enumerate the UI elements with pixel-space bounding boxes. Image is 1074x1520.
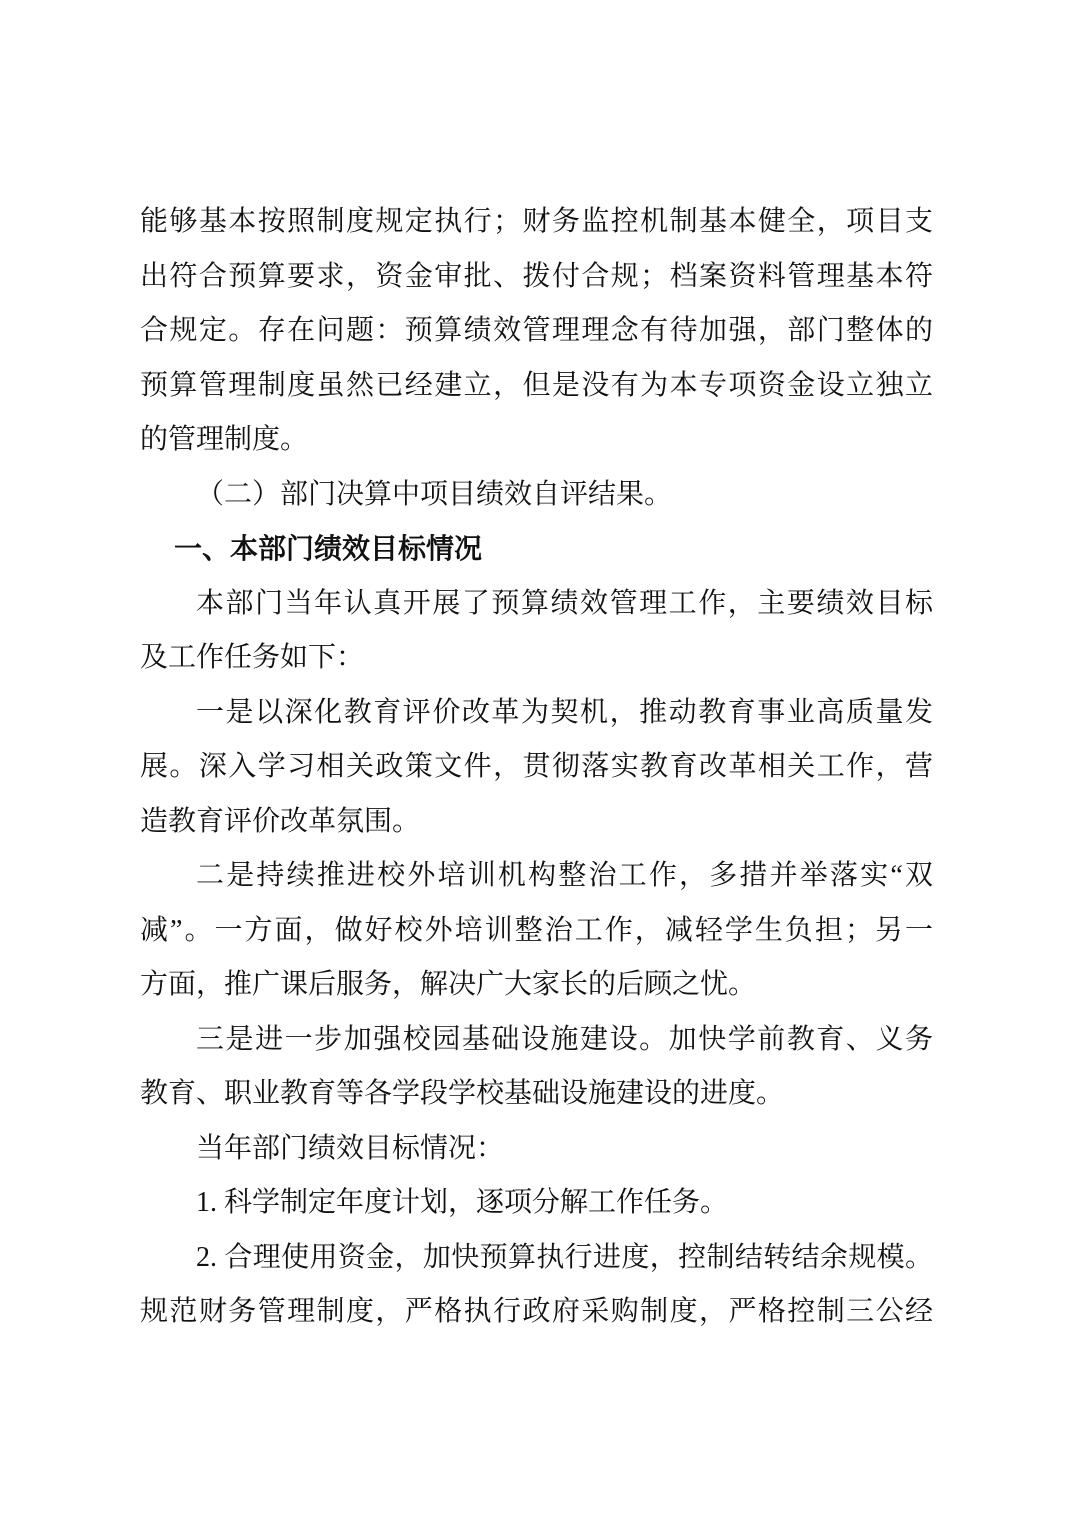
- text-line: 的管理制度。: [140, 413, 933, 468]
- text-line: 1. 科学制定年度计划，逐项分解工作任务。: [140, 1176, 933, 1231]
- paragraph: 本部门当年认真开展了预算绩效管理工作，主要绩效目标及工作任务如下：: [140, 577, 933, 686]
- text-line: 2. 合理使用资金，加快预算执行进度，控制结转结余规模。: [140, 1231, 933, 1286]
- paragraph: 二是持续推进校外培训机构整治工作，多措并举落实“双减”。一方面，做好校外培训整治…: [140, 849, 933, 1013]
- text-line: 本部门当年认真开展了预算绩效管理工作，主要绩效目标: [140, 577, 933, 632]
- text-line: 减”。一方面，做好校外培训整治工作，减轻学生负担；另一: [140, 904, 933, 959]
- text-line: 当年部门绩效目标情况：: [140, 1122, 933, 1177]
- text-line: 展。深入学习相关政策文件，贯彻落实教育改革相关工作，营: [140, 740, 933, 795]
- paragraph: 能够基本按照制度规定执行；财务监控机制基本健全，项目支出符合预算要求，资金审批、…: [140, 195, 933, 468]
- text-line: 能够基本按照制度规定执行；财务监控机制基本健全，项目支: [140, 195, 933, 250]
- paragraph: 2. 合理使用资金，加快预算执行进度，控制结转结余规模。规范财务管理制度，严格执…: [140, 1231, 933, 1340]
- text-line: 造教育评价改革氛围。: [140, 795, 933, 850]
- text-line: 规范财务管理制度，严格执行政府采购制度，严格控制三公经: [140, 1285, 933, 1340]
- paragraph: 当年部门绩效目标情况：: [140, 1122, 933, 1177]
- text-line: 预算管理制度虽然已经建立，但是没有为本专项资金设立独立: [140, 359, 933, 414]
- section-heading: 一、本部门绩效目标情况: [140, 522, 933, 577]
- text-line: 出符合预算要求，资金审批、拨付合规；档案资料管理基本符: [140, 250, 933, 305]
- text-line: （二）部门决算中项目绩效自评结果。: [140, 468, 933, 523]
- text-line: 一是以深化教育评价改革为契机，推动教育事业高质量发: [140, 686, 933, 741]
- text-line: 及工作任务如下：: [140, 631, 933, 686]
- paragraph: 三是进一步加强校园基础设施建设。加快学前教育、义务教育、职业教育等各学段学校基础…: [140, 1013, 933, 1122]
- text-line: 方面，推广课后服务，解决广大家长的后顾之忧。: [140, 958, 933, 1013]
- document-page: 能够基本按照制度规定执行；财务监控机制基本健全，项目支出符合预算要求，资金审批、…: [0, 0, 1074, 1520]
- text-line: 三是进一步加强校园基础设施建设。加快学前教育、义务: [140, 1013, 933, 1068]
- document-text-block: 能够基本按照制度规定执行；财务监控机制基本健全，项目支出符合预算要求，资金审批、…: [140, 195, 933, 1340]
- text-line: 教育、职业教育等各学段学校基础设施建设的进度。: [140, 1067, 933, 1122]
- paragraph: 一是以深化教育评价改革为契机，推动教育事业高质量发展。深入学习相关政策文件，贯彻…: [140, 686, 933, 850]
- text-line: 二是持续推进校外培训机构整治工作，多措并举落实“双: [140, 849, 933, 904]
- text-line: 一、本部门绩效目标情况: [140, 522, 933, 577]
- paragraph: （二）部门决算中项目绩效自评结果。: [140, 468, 933, 523]
- paragraph: 1. 科学制定年度计划，逐项分解工作任务。: [140, 1176, 933, 1231]
- text-line: 合规定。存在问题：预算绩效管理理念有待加强，部门整体的: [140, 304, 933, 359]
